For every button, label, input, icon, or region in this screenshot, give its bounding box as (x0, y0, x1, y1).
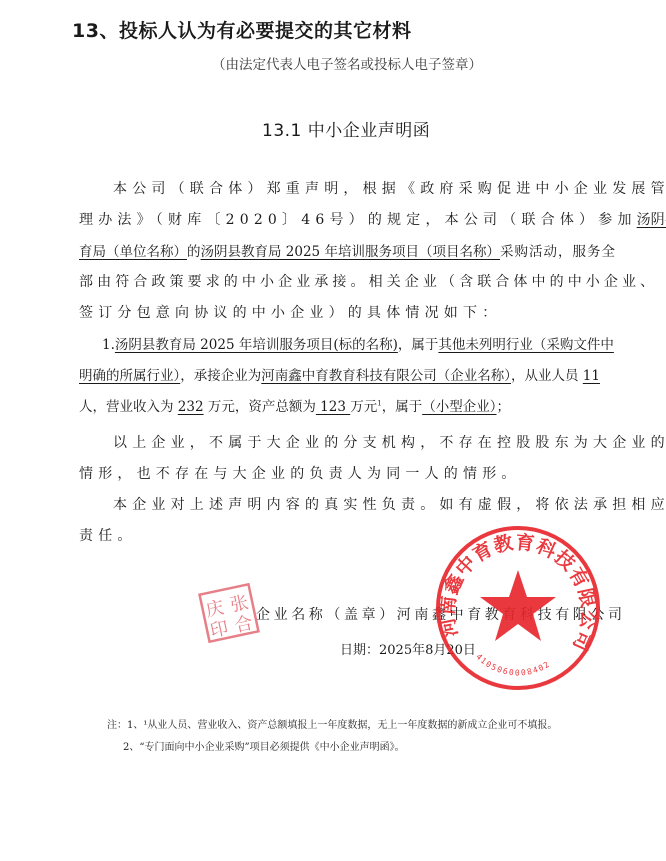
project-name: 汤阴县教育局 2025 年培训服务项目(标的名称) (115, 337, 398, 353)
text: 万元 (350, 399, 377, 415)
paragraph-2-line-2: 情形，也不存在与大企业的负责人为同一人的情形。 (79, 463, 521, 483)
organization-name: 育局（单位名称） (79, 244, 187, 260)
text: 理办法》（财库〔2020〕46号）的规定，本公司（联合体）参加 (79, 212, 637, 228)
company-seal-icon: 河南鑫中育教育科技有限公司 4105060008402 (430, 520, 606, 696)
text: ； (496, 399, 510, 415)
text: ，属于 (398, 337, 439, 353)
paragraph-1-line-4: 部由符合政策要求的中小企业承接。相关企业（含联合体中的中小企业、 (79, 271, 658, 291)
industry: 其他未列明行业（采购文件中 (438, 337, 614, 353)
personal-seal-icon: 庆 张 印 合 (196, 583, 262, 643)
text: 人，营业收入为 (79, 399, 178, 415)
text: ，承接企业为 (180, 368, 261, 384)
industry: 明确的所属行业） (79, 368, 180, 384)
paragraph-1-line-1: 本公司（联合体）郑重声明，根据《政府采购促进中小企业发展管 (113, 178, 666, 198)
subsection-title: 13.1 中小企业声明函 (262, 116, 430, 141)
text: 万元，资产总额为 (204, 399, 316, 415)
text: ，属于 (382, 399, 423, 415)
item-1-line-1: 1.汤阴县教育局 2025 年培训服务项目(标的名称)，属于其他未列明行业（采购… (102, 333, 614, 353)
employees-count: 11 (583, 368, 600, 384)
section-heading: 13、投标人认为有必要提交的其它材料 (72, 16, 411, 43)
paragraph-2-line-1: 以上企业，不属于大企业的分支机构，不存在控股股东为大企业的 (113, 432, 666, 452)
svg-text:4105060008402: 4105060008402 (474, 652, 552, 677)
svg-text:合: 合 (233, 613, 255, 637)
item-1-line-3: 人，营业收入为 232 万元，资产总额为 123 万元1，属于（小型企业）； (79, 395, 510, 415)
paragraph-1-line-3: 育局（单位名称）的汤阴县教育局 2025 年培训服务项目（项目名称）采购活动，服… (79, 240, 616, 260)
assets-value: 123 (316, 399, 350, 415)
contractor-name: 河南鑫中育教育科技有限公司（企业名称） (261, 368, 511, 384)
paragraph-3-line-1: 本企业对上述声明内容的真实性负责。如有虚假，将依法承担相应 (113, 494, 666, 514)
project-name: 汤阴县教育局 2025 年培训服务项目（项目名称） (201, 244, 500, 260)
text: ，从业人员 (511, 368, 583, 384)
text: 的 (187, 244, 201, 260)
signature-note: （由法定代表人电子签名或投标人电子签章） (212, 53, 482, 73)
enterprise-size: （小型企业） (422, 399, 496, 415)
item-1-line-2: 明确的所属行业），承接企业为河南鑫中育教育科技有限公司（企业名称），从业人员 1… (79, 364, 600, 384)
paragraph-1-line-5: 签订分包意向协议的中小企业）的具体情况如下： (79, 302, 501, 322)
organization-name: 汤阴县教 (637, 212, 666, 228)
revenue-value: 232 (178, 399, 204, 415)
text: 采购活动，服务全 (500, 244, 616, 260)
paragraph-1-line-2: 理办法》（财库〔2020〕46号）的规定，本公司（联合体）参加汤阴县教 (79, 209, 666, 229)
svg-text:印: 印 (208, 618, 230, 642)
paragraph-3-line-2: 责任。 (79, 525, 137, 545)
footnote-2: 2、“专门面向中小企业采购”项目必须提供《中小企业声明函》。 (123, 738, 405, 753)
item-number: 1. (102, 337, 115, 353)
footnote-1: 注：1、¹从业人员、营业收入、资产总额填报上一年度数据，无上一年度数据的新成立企… (107, 716, 557, 731)
